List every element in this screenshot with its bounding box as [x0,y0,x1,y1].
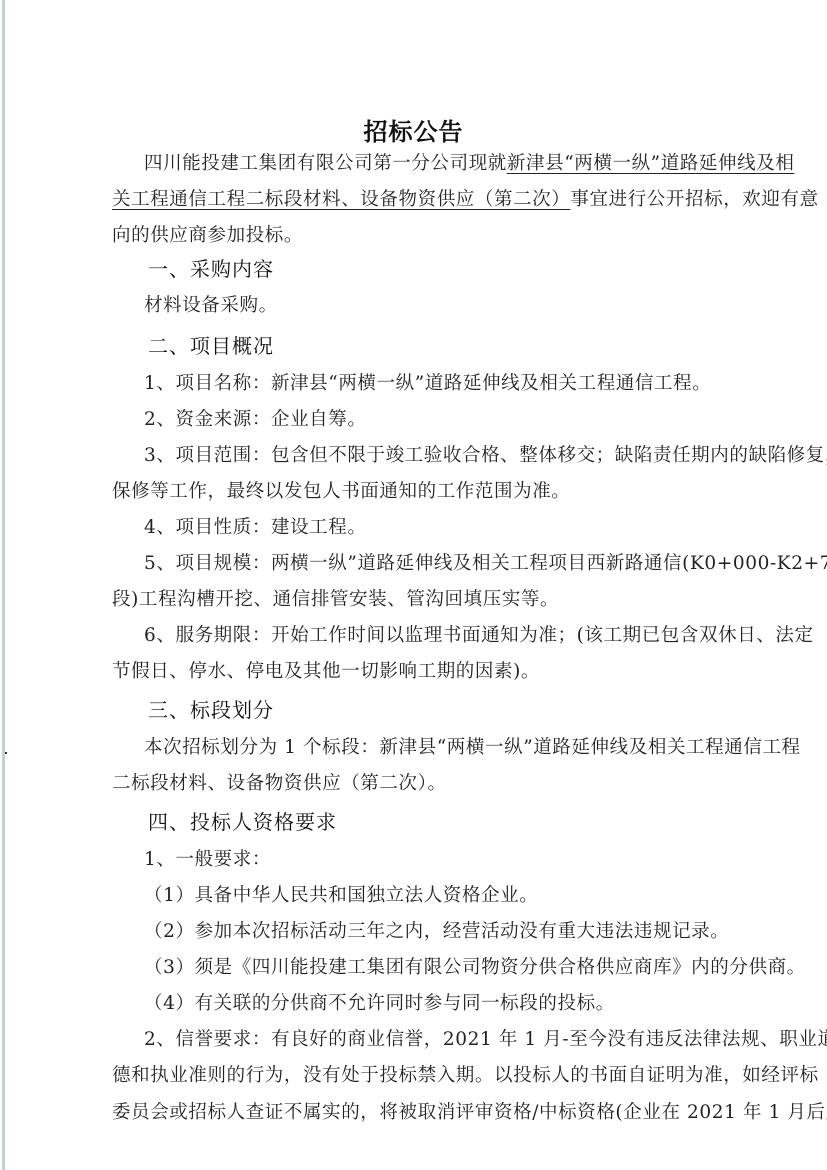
project-name-underlined-cont: 关工程通信工程二标段材料、设备物资供应（第二次） [112,189,570,210]
general-requirements-label: 1、一般要求： [144,848,732,872]
lots-body-l2: 二标段材料、设备物资供应（第二次）。 [112,772,732,796]
document-page: 招标公告 四川能投建工集团有限公司第一分公司现就新津县“两横一纵”道路延伸线及相… [0,0,827,1170]
credit-requirement-l1: 2、信誉要求：有良好的商业信誉，2021 年 1 月-至今没有违反法律法规、职业… [144,1028,732,1052]
intro-line-3: 向的供应商参加投标。 [112,224,732,248]
requirement-item-1: （1）具备中华人民共和国独立法人资格企业。 [144,884,732,908]
requirement-item-3: （3）须是《四川能投建工集团有限公司物资分供合格供应商库》内的分供商。 [144,956,732,980]
procurement-content: 材料设备采购。 [144,294,732,318]
intro-line-1: 四川能投建工集团有限公司第一分公司现就新津县“两横一纵”道路延伸线及相 [144,152,732,176]
project-name-underlined: 新津县“两横一纵”道路延伸线及相 [507,153,795,174]
project-item-scale-l1: 5、项目规模：两横一纵”道路延伸线及相关工程项目西新路通信(K0+000-K2+… [144,552,732,576]
project-item-scale-l2: 段)工程沟槽开挖、通信排管安装、管沟回填压实等。 [112,588,732,612]
project-item-period-l1: 6、服务期限：开始工作时间以监理书面通知为准；(该工期已包含双休日、法定 [144,624,732,648]
project-item-period-l2: 节假日、停水、停电及其他一切影响工期的因素)。 [112,660,732,684]
requirement-item-4: （4）有关联的分供商不允许同时参与同一标段的投标。 [144,992,732,1016]
project-item-name: 1、项目名称：新津县“两横一纵”道路延伸线及相关工程通信工程。 [144,372,732,396]
project-item-scope-l2: 保修等工作，最终以发包人书面通知的工作范围为准。 [112,480,732,504]
section-heading-procurement: 一、采购内容 [148,256,274,282]
requirement-item-2: （2）参加本次招标活动三年之内，经营活动没有重大违法违规记录。 [144,920,732,944]
credit-requirement-l3: 委员会或招标人查证不属实的，将被取消评审资格/中标资格(企业在 2021 年 1… [112,1101,732,1125]
project-item-funding: 2、资金来源：企业自筹。 [144,408,732,432]
document-title: 招标公告 [0,112,827,147]
section-heading-project-overview: 二、项目概况 [148,333,274,359]
section-heading-bidder-qualifications: 四、投标人资格要求 [148,809,337,835]
section-heading-lots: 三、标段划分 [148,697,274,723]
project-item-scope-l1: 3、项目范围：包含但不限于竣工验收合格、整体移交；缺陷责任期内的缺陷修复， [144,444,732,468]
project-item-nature: 4、项目性质：建设工程。 [144,516,732,540]
intro-invitation: 事宜进行公开招标，欢迎有意 [570,189,818,210]
intro-line-2: 关工程通信工程二标段材料、设备物资供应（第二次）事宜进行公开招标，欢迎有意 [112,188,732,212]
intro-issuer: 四川能投建工集团有限公司第一分公司现就 [144,153,507,174]
credit-requirement-l2: 德和执业准则的行为，没有处于投标禁入期。以投标人的书面自证明为准，如经评标 [112,1064,732,1088]
lots-body-l1: 本次招标划分为 1 个标段：新津县“两横一纵”道路延伸线及相关工程通信工程 [144,736,732,760]
